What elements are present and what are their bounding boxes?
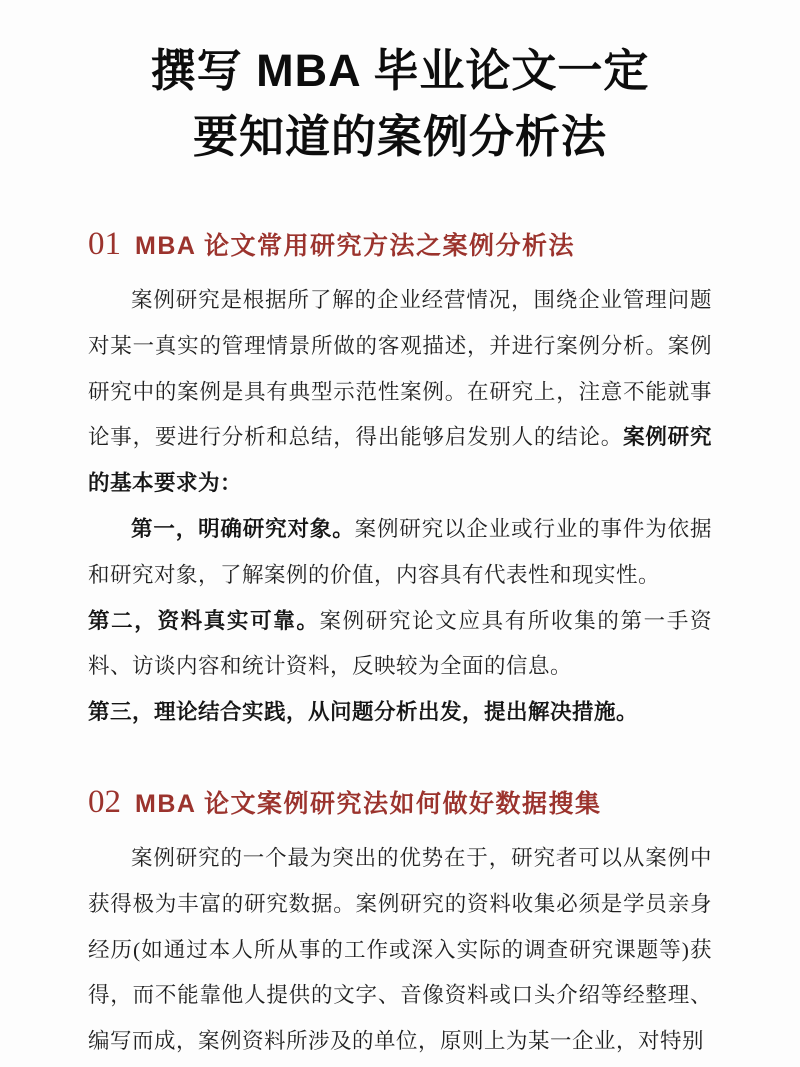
section: 02 MBA 论文案例研究法如何做好数据搜集 案例研究的一个最为突出的优势在于，… bbox=[88, 784, 712, 1065]
page-title: 撰写 MBA 毕业论文一定 要知道的案例分析法 bbox=[0, 0, 800, 170]
document-page: 撰写 MBA 毕业论文一定 要知道的案例分析法 01 MBA 论文常用研究方法之… bbox=[0, 0, 800, 1067]
paragraph: 第二，资料真实可靠。案例研究论文应具有所收集的第一手资料、访谈内容和统计资料，反… bbox=[88, 599, 712, 691]
text-segment: 第一，明确研究对象。 bbox=[131, 517, 355, 541]
section-heading: 02 MBA 论文案例研究法如何做好数据搜集 bbox=[88, 784, 712, 822]
paragraph: 案例研究的一个最为突出的优势在于，研究者可以从案例中获得极为丰富的研究数据。案例… bbox=[88, 836, 712, 1065]
paragraph: 第三，理论结合实践，从问题分析出发，提出解决措施。 bbox=[88, 690, 712, 736]
paragraph: 案例研究是根据所了解的企业经营情况，围绕企业管理问题对某一真实的管理情景所做的客… bbox=[88, 278, 712, 507]
text-segment: 案例研究是根据所了解的企业经营情况，围绕企业管理问题对某一真实的管理情景所做的客… bbox=[88, 288, 712, 449]
text-segment: 第三，理论结合实践，从问题分析出发，提出解决措施。 bbox=[88, 700, 638, 724]
text-segment: 第二，资料真实可靠。 bbox=[88, 609, 320, 633]
document-body: 01 MBA 论文常用研究方法之案例分析法 案例研究是根据所了解的企业经营情况，… bbox=[88, 226, 712, 1065]
page-title-line-2: 要知道的案例分析法 bbox=[0, 104, 800, 170]
section-title: MBA 论文常用研究方法之案例分析法 bbox=[135, 228, 575, 264]
page-title-line-1: 撰写 MBA 毕业论文一定 bbox=[0, 38, 800, 104]
section-number: 02 bbox=[88, 784, 121, 820]
section-paragraphs: 案例研究是根据所了解的企业经营情况，围绕企业管理问题对某一真实的管理情景所做的客… bbox=[88, 278, 712, 736]
text-segment: 案例研究的一个最为突出的优势在于，研究者可以从案例中获得极为丰富的研究数据。案例… bbox=[88, 846, 712, 1053]
section-heading: 01 MBA 论文常用研究方法之案例分析法 bbox=[88, 226, 712, 264]
section: 01 MBA 论文常用研究方法之案例分析法 案例研究是根据所了解的企业经营情况，… bbox=[88, 226, 712, 736]
paragraph: 第一，明确研究对象。案例研究以企业或行业的事件为依据和研究对象，了解案例的价值，… bbox=[88, 507, 712, 599]
section-title: MBA 论文案例研究法如何做好数据搜集 bbox=[135, 786, 601, 822]
section-number: 01 bbox=[88, 226, 121, 262]
section-paragraphs: 案例研究的一个最为突出的优势在于，研究者可以从案例中获得极为丰富的研究数据。案例… bbox=[88, 836, 712, 1065]
